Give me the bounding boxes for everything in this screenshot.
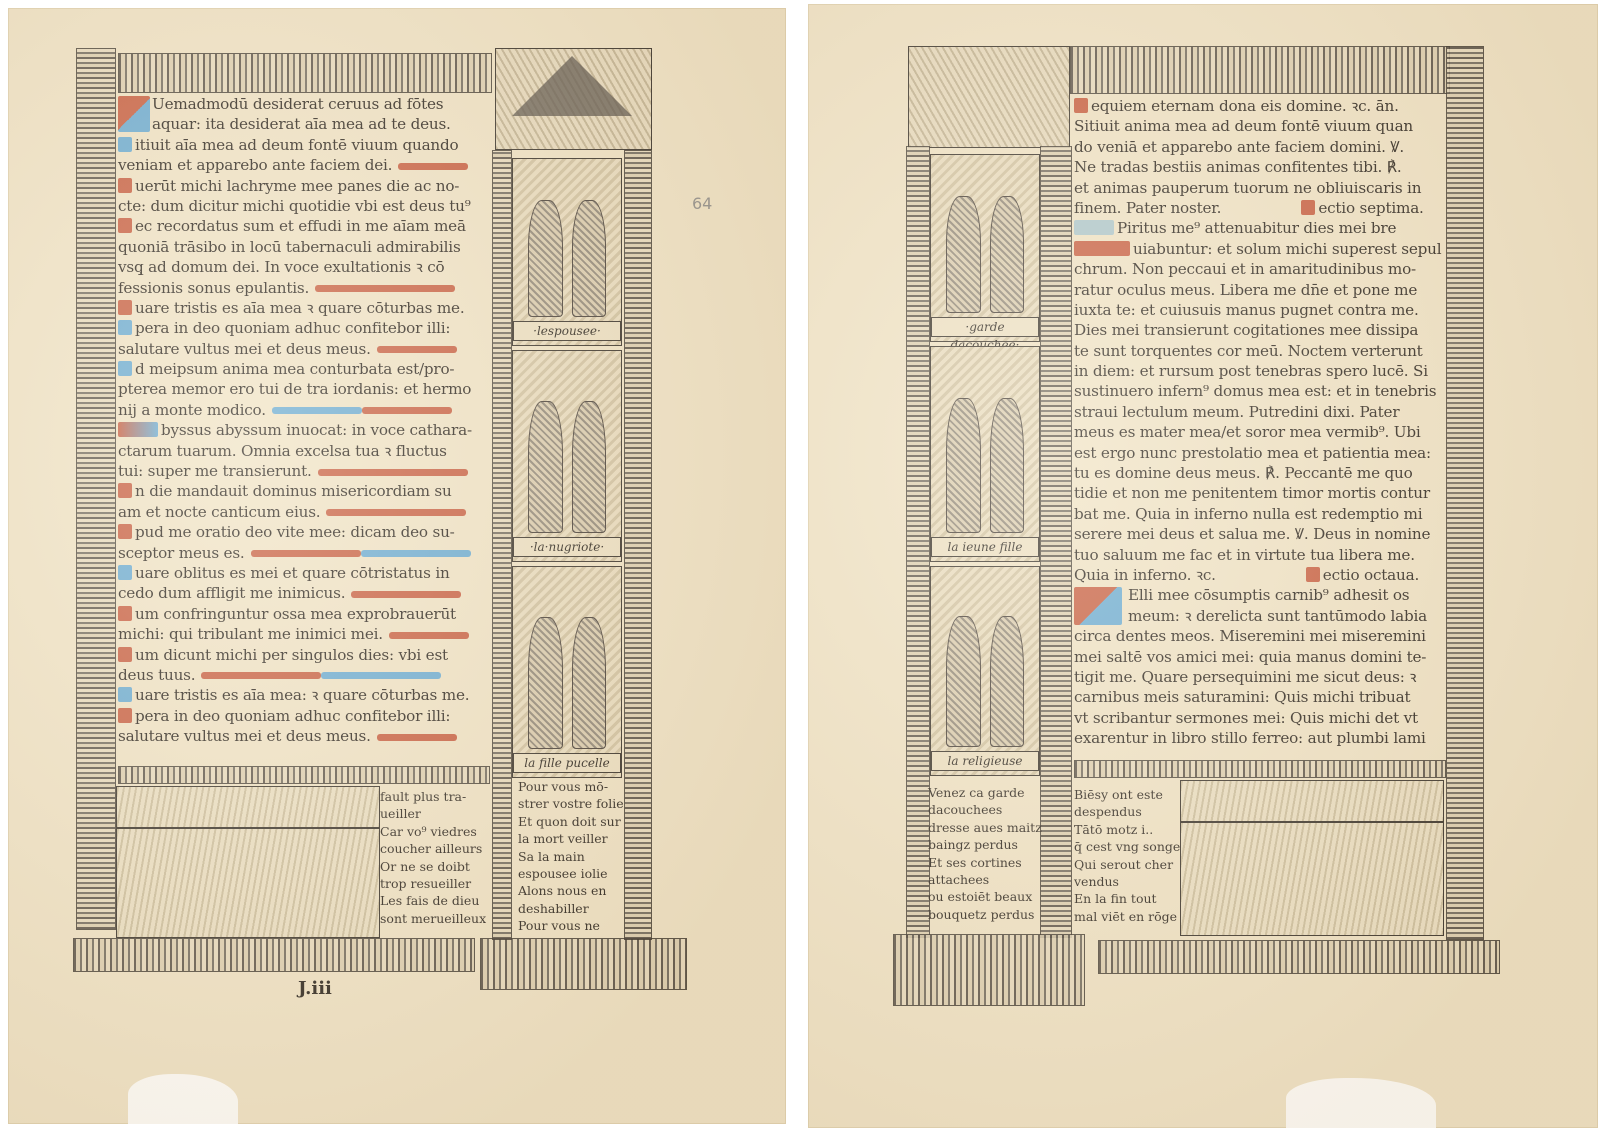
text-line: fessionis sonus epulantis. bbox=[118, 278, 492, 298]
verse-column-left: Venez ca garde dacouchees dresse aues ma… bbox=[928, 784, 1042, 923]
line-filler bbox=[201, 672, 321, 679]
text-bottom-border bbox=[118, 766, 490, 784]
skeleton-figure bbox=[528, 617, 562, 749]
rubric-initial bbox=[1074, 98, 1088, 113]
text-line: uare tristis es aīa mea: ꝛ quare cōturba… bbox=[118, 685, 492, 705]
right-page: ·garde dacouchee· la ieune fille la reli… bbox=[808, 4, 1598, 1128]
rubric-initial bbox=[118, 524, 132, 539]
death-panel-young-girl: la ieune fille bbox=[930, 346, 1040, 562]
rubric-initial bbox=[118, 320, 132, 335]
caption-religieuse: la religieuse bbox=[931, 751, 1039, 771]
text-line: equiem eternam dona eis domine. ꝛc. ān. bbox=[1074, 96, 1448, 116]
line-filler bbox=[377, 734, 457, 741]
line-filler bbox=[351, 591, 461, 598]
bottom-frieze-animals bbox=[116, 786, 380, 828]
text-line: sceptor meus es. bbox=[118, 543, 492, 563]
text-line: Sitiuit anima mea ad deum fontē viuum qu… bbox=[1074, 116, 1448, 136]
text-line: tigit me. Quare persequimini me sicut de… bbox=[1074, 667, 1448, 687]
text-line: pera in deo quoniam adhuc confitebor ill… bbox=[118, 706, 492, 726]
bottom-scene-deathbed bbox=[116, 828, 380, 938]
left-ornamental-border bbox=[76, 48, 116, 930]
pillar-right bbox=[624, 150, 652, 940]
verse-column-right: Pour vous mō- strer vostre folie Et quon… bbox=[518, 778, 624, 935]
caption-fille-pucelle: la fille pucelle bbox=[513, 753, 621, 773]
text-line: circa dentes meos. Miseremini mei misere… bbox=[1074, 626, 1448, 646]
text-line: am et nocte canticum eius. bbox=[118, 502, 492, 522]
base-ornament-right bbox=[480, 938, 687, 990]
text-line: Dies mei transierunt cogitationes mee di… bbox=[1074, 320, 1448, 340]
line-filler bbox=[318, 469, 468, 476]
canopy-top-left bbox=[908, 46, 1070, 148]
text-line: mei saltē vos amici mei: quia manus domi… bbox=[1074, 647, 1448, 667]
caption-nugriote: ·la·nugriote· bbox=[513, 537, 621, 557]
text-line: tidie et non me penitentem timor mortis … bbox=[1074, 483, 1448, 503]
rubric-initial bbox=[1074, 220, 1114, 235]
text-line: ratur oculus meus. Libera me dn̄e et pon… bbox=[1074, 280, 1448, 300]
rubric-initial bbox=[118, 483, 132, 498]
text-line: uerūt michi lachryme mee panes die ac no… bbox=[118, 176, 492, 196]
text-line: nij a monte modico. bbox=[118, 400, 492, 420]
text-line: chrum. Non peccaui et in amaritudinibus … bbox=[1074, 259, 1448, 279]
text-line: quoniā trāsibo in locū tabernaculi admir… bbox=[118, 237, 492, 257]
skeleton-figure bbox=[528, 401, 562, 533]
rubric-initial bbox=[118, 606, 132, 621]
text-line: pud me oratio deo vite mee: dicam deo su… bbox=[118, 522, 492, 542]
text-line: serere mei deus et salua me. Ꝟ. Deus in … bbox=[1074, 524, 1448, 544]
text-bottom-border bbox=[1074, 760, 1446, 778]
text-line: n die mandauit dominus misericordiam su bbox=[118, 481, 492, 501]
text-line: d meipsum anima mea conturbata est/pro- bbox=[118, 359, 492, 379]
rubric-initial bbox=[118, 218, 132, 233]
rubric-initial bbox=[118, 137, 132, 152]
maiden-figure bbox=[572, 617, 606, 749]
rubric-initial bbox=[118, 647, 132, 662]
death-panel-garde: ·garde dacouchee· bbox=[930, 154, 1040, 342]
handwritten-folio-number: 64 bbox=[692, 194, 712, 213]
text-line: itiuit aīa mea ad deum fontē viuum quand… bbox=[118, 135, 492, 155]
text-line: Ne tradas bestiis animas confitentes tib… bbox=[1074, 157, 1448, 177]
text-line: vt scribantur sermones mei: Quis michi d… bbox=[1074, 708, 1448, 728]
text-line: do veniā et apparebo ante faciem domini.… bbox=[1074, 137, 1448, 157]
text-line: Uemadmodū desiderat ceruus ad fōtes bbox=[118, 94, 492, 114]
line-filler bbox=[361, 550, 471, 557]
text-line: tuo saluum me fac et in virtute tua libe… bbox=[1074, 545, 1448, 565]
top-ornamental-border bbox=[118, 53, 492, 93]
rubric-initial bbox=[118, 687, 132, 702]
woman-figure bbox=[572, 401, 606, 533]
base-ornament bbox=[73, 938, 475, 972]
rubric-initial bbox=[118, 422, 158, 437]
caption-garde-dacouchee: ·garde dacouchee· bbox=[931, 317, 1039, 337]
text-line: straui lectulum meum. Putredini dixi. Pa… bbox=[1074, 402, 1448, 422]
text-line: uiabuntur: et solum michi superest sepul bbox=[1074, 239, 1448, 259]
text-line: cte: dum dicitur michi quotidie vbi est … bbox=[118, 196, 492, 216]
text-line: ctarum tuarum. Omnia excelsa tua ꝛ fluct… bbox=[118, 441, 492, 461]
woman-figure bbox=[990, 196, 1024, 313]
text-line: te sunt torquentes cor meū. Noctem verte… bbox=[1074, 341, 1448, 361]
text-line: sustinuero infern⁹ domus mea est: et in … bbox=[1074, 381, 1448, 401]
text-line: uare tristis es aīa mea ꝛ quare cōturbas… bbox=[118, 298, 492, 318]
text-line: um dicunt michi per singulos dies: vbi e… bbox=[118, 645, 492, 665]
verse-column-left: fault plus tra- ueiller Car vo⁹ viedres … bbox=[380, 788, 486, 927]
text-line: tui: super me transierunt. bbox=[118, 461, 492, 481]
text-line: aquar: ita desiderat aīa mea ad te deus. bbox=[118, 114, 492, 134]
rubric-initial: L bbox=[1301, 200, 1315, 215]
rubric-initial: L bbox=[1306, 567, 1320, 582]
text-line: salutare vultus mei et deus meus. bbox=[118, 726, 492, 746]
text-line: vsq̧ ad domum dei. In voce exultationis … bbox=[118, 257, 492, 277]
text-line: salutare vultus mei et deus meus. bbox=[118, 339, 492, 359]
right-ornamental-border bbox=[1446, 46, 1484, 940]
text-line: ec recordatus sum et effudi in me aīam m… bbox=[118, 216, 492, 236]
line-filler bbox=[315, 285, 455, 292]
rubric-initial bbox=[118, 708, 132, 723]
base-ornament bbox=[1098, 940, 1500, 974]
left-main-text: Uemadmodū desiderat ceruus ad fōtes aqua… bbox=[118, 94, 492, 747]
line-filler bbox=[389, 632, 469, 639]
rubric-initial bbox=[118, 300, 132, 315]
rubric-initial bbox=[118, 178, 132, 193]
text-line: Elli mee cōsumptis carnib⁹ adhesit os bbox=[1074, 585, 1448, 605]
left-page: ·lespousee· ·la·nugriote· la fille pucel… bbox=[8, 8, 786, 1124]
text-line: michi: qui tribulant me inimici mei. bbox=[118, 624, 492, 644]
text-line: um confringuntur ossa mea exprobrauerūt bbox=[118, 604, 492, 624]
signature-mark: J.iii bbox=[298, 978, 332, 999]
right-main-text: equiem eternam dona eis domine. ꝛc. ān. … bbox=[1074, 96, 1448, 749]
skeleton-figure bbox=[528, 200, 562, 317]
text-line: byssus abyssum inuocat: in voce cathara- bbox=[118, 420, 492, 440]
text-line: Quia in inferno. ꝛc.Lectio octaua. bbox=[1074, 565, 1448, 585]
text-line: iuxta te: et cuiusuis manus pugnet contr… bbox=[1074, 300, 1448, 320]
inner-pillar bbox=[1040, 146, 1072, 938]
text-line: exarentur in libro stillo ferreo: aut pl… bbox=[1074, 728, 1448, 748]
caption-ieune-fille: la ieune fille bbox=[931, 537, 1039, 557]
text-line: in diem: et rursum post tenebras spero l… bbox=[1074, 361, 1448, 381]
torn-corner bbox=[128, 1074, 238, 1124]
bottom-scene-figures bbox=[1180, 822, 1444, 936]
text-line: pterea memor ero tui de tra iordanis: et… bbox=[118, 379, 492, 399]
text-line: carnibus meis saturamini: Quis michi tri… bbox=[1074, 687, 1448, 707]
text-line: et animas pauperum tuorum ne obliuiscari… bbox=[1074, 178, 1448, 198]
rubric-initial bbox=[1074, 241, 1130, 256]
line-filler bbox=[272, 407, 362, 414]
text-line: Piritus me⁹ attenuabitur dies mei bre bbox=[1074, 218, 1448, 238]
rubric-initial bbox=[118, 361, 132, 376]
far-left-pillar bbox=[906, 146, 930, 938]
line-filler bbox=[326, 509, 466, 516]
base-ornament-left bbox=[893, 934, 1085, 1006]
text-line: finem. Pater noster.Lectio septima. bbox=[1074, 198, 1448, 218]
text-line: cedo dum affligit me inimicus. bbox=[118, 583, 492, 603]
text-line: meum: ꝛ derelicta sunt tantūmodo labia bbox=[1074, 606, 1448, 626]
skeleton-figure bbox=[946, 196, 980, 313]
text-line: bat me. Quia in inferno nulla est redemp… bbox=[1074, 504, 1448, 524]
text-line: tu es domine deus meus. ℟. Peccantē me q… bbox=[1074, 463, 1448, 483]
rubric-initial bbox=[118, 565, 132, 580]
text-line: pera in deo quoniam adhuc confitebor ill… bbox=[118, 318, 492, 338]
gable-ornament bbox=[512, 56, 632, 116]
young-girl-figure bbox=[990, 398, 1024, 533]
top-ornamental-border bbox=[1070, 46, 1450, 94]
text-line: meus es mater mea/et soror mea vermib⁹. … bbox=[1074, 422, 1448, 442]
caption-lespousee: ·lespousee· bbox=[513, 321, 621, 341]
bride-figure bbox=[572, 200, 606, 317]
text-line: veniam et apparebo ante faciem dei. bbox=[118, 155, 492, 175]
line-filler bbox=[251, 550, 361, 557]
skeleton-figure bbox=[946, 616, 980, 747]
nun-figure bbox=[990, 616, 1024, 747]
verse-column-right: Biēsy ont este despendus Tātō motz i.. q… bbox=[1074, 786, 1180, 925]
text-line: uare oblitus es mei et quare cōtristatus… bbox=[118, 563, 492, 583]
line-filler bbox=[377, 346, 457, 353]
line-filler bbox=[321, 672, 441, 679]
death-panel-nun: la religieuse bbox=[930, 566, 1040, 776]
death-panel-maiden: la fille pucelle bbox=[512, 566, 622, 778]
line-filler bbox=[398, 163, 468, 170]
line-filler bbox=[362, 407, 452, 414]
death-panel-nugriote: ·la·nugriote· bbox=[512, 350, 622, 562]
text-line: deus tuus. bbox=[118, 665, 492, 685]
text-line: est ergo nunc prestolatio mea et patient… bbox=[1074, 443, 1448, 463]
death-panel-bride: ·lespousee· bbox=[512, 158, 622, 346]
torn-corner bbox=[1286, 1078, 1436, 1128]
skeleton-figure bbox=[946, 398, 980, 533]
pillar-left bbox=[492, 150, 512, 940]
bottom-frieze-animals bbox=[1180, 780, 1444, 822]
